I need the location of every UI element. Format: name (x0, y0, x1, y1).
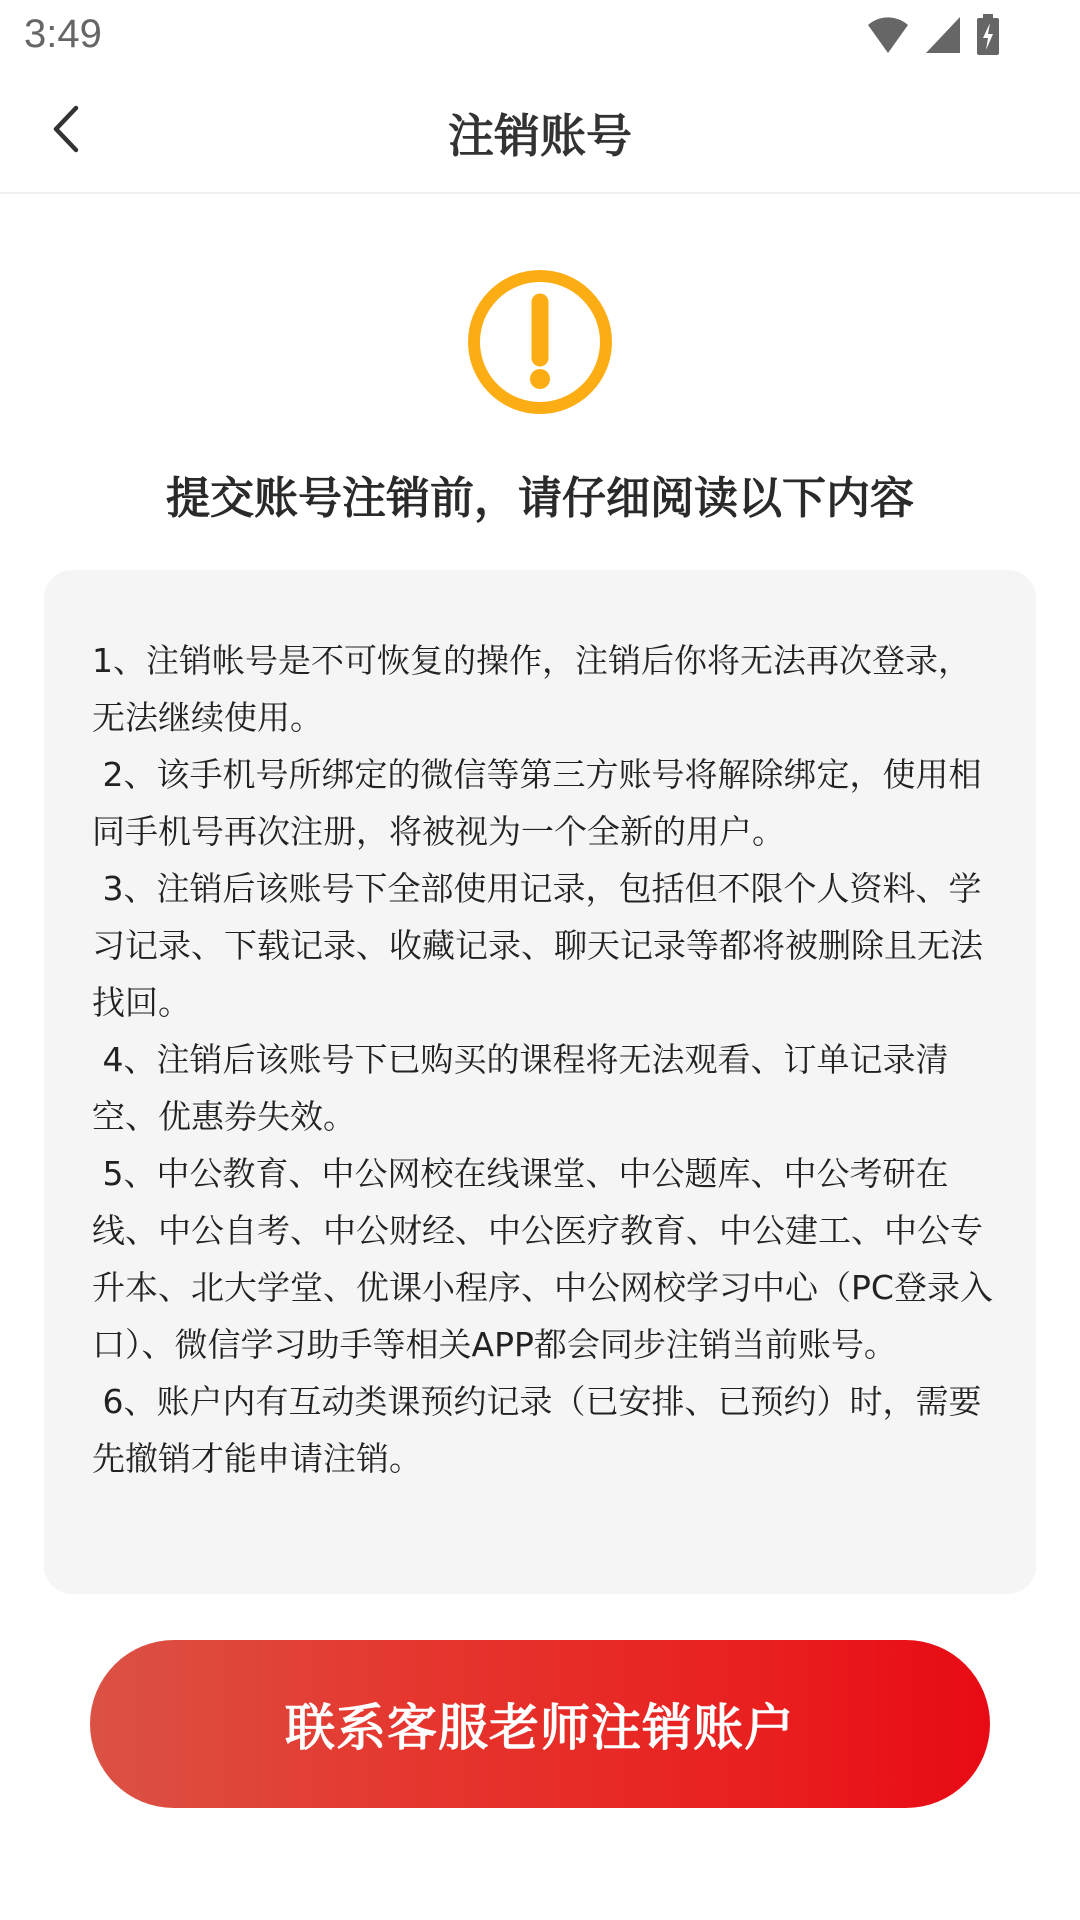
status-bar: 3:49 (0, 0, 1080, 72)
status-time: 3:49 (24, 12, 102, 57)
warning-headline: 提交账号注销前，请仔细阅读以下内容 (0, 462, 1080, 526)
nav-bar: 注销账号 (0, 72, 1080, 194)
cta-label: 联系客服老师注销账户 (285, 1688, 795, 1760)
status-icons (866, 14, 1000, 60)
notice-card: 1、注销帐号是不可恢复的操作，注销后你将无法再次登录，无法继续使用。 2、该手机… (44, 570, 1036, 1594)
battery-charging-icon (976, 14, 1000, 60)
notice-text: 1、注销帐号是不可恢复的操作，注销后你将无法再次登录，无法继续使用。 2、该手机… (92, 632, 996, 1487)
contact-support-deregister-button[interactable]: 联系客服老师注销账户 (90, 1640, 990, 1808)
exclamation-circle-icon (466, 268, 614, 416)
page-title: 注销账号 (0, 100, 1080, 166)
cell-signal-icon (924, 15, 962, 59)
wifi-icon (866, 15, 910, 59)
